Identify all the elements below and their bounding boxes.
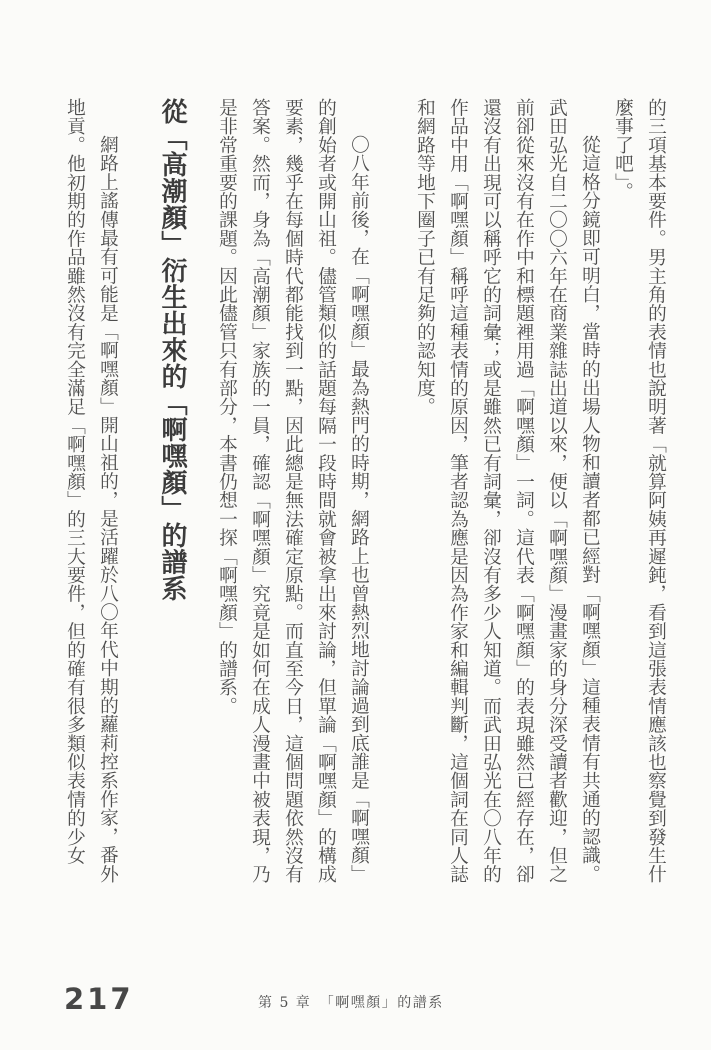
section-heading: 從「高潮顏」衍生出來的「啊嘿顏」的譜系	[149, 98, 194, 884]
running-footer-chapter-label: 第 5 章 「啊嘿顏」的譜系	[258, 992, 444, 1012]
book-page: 的三項基本要件。男主角的表情也說明著「就算阿姨再遲鈍，看到這張表情應該也察覺到發…	[0, 0, 711, 1050]
page-number: 217	[64, 982, 134, 1016]
paragraph-continuation: 的三項基本要件。男主角的表情也說明著「就算阿姨再遲鈍，看到這張表情應該也察覺到發…	[606, 98, 672, 884]
body-text: 的三項基本要件。男主角的表情也說明著「就算阿姨再遲鈍，看到這張表情應該也察覺到發…	[58, 98, 672, 884]
paragraph: 從這格分鏡即可明白，當時的出場人物和讀者都已經對「啊嘿顏」這種表情有共通的認識。…	[408, 98, 606, 884]
paragraph: 〇八年前後，在「啊嘿顏」最為熱門的時期，網路上也曾熱烈地討論過到底誰是「啊嘿顏」…	[210, 98, 375, 884]
paragraph: 網路上謠傳最有可能是「啊嘿顏」開山祖的，是活躍於八〇年代中期的蘿莉控系作家，番外…	[58, 98, 124, 884]
